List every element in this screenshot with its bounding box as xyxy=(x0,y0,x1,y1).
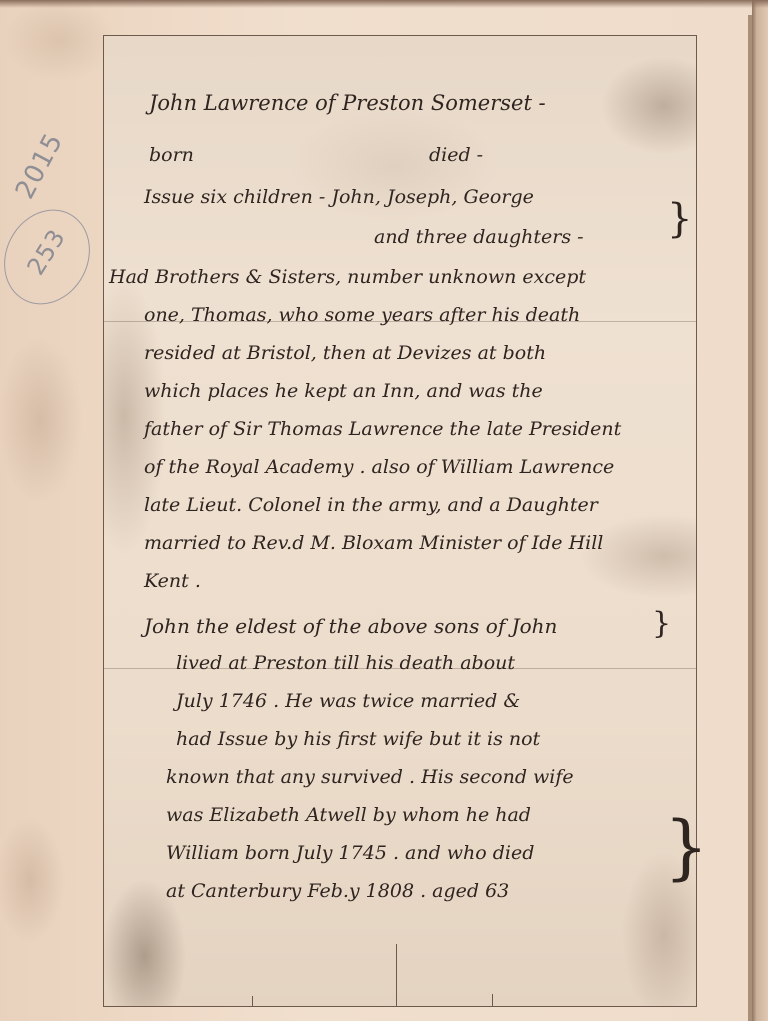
line-daughters: and three daughters - xyxy=(374,226,584,248)
line-william: William born July 1745 . and who died xyxy=(166,842,534,864)
line-married: married to Rev.d M. Bloxam Minister of I… xyxy=(144,532,603,554)
brace-john: } xyxy=(652,606,671,641)
pasted-manuscript-sheet: John Lawrence of Preston Somerset - born… xyxy=(103,35,697,1007)
edge-tear-mark xyxy=(252,996,253,1006)
line-second-wife: known that any survived . His second wif… xyxy=(166,766,574,788)
line-title: John Lawrence of Preston Somerset - xyxy=(149,91,546,115)
top-shadow xyxy=(0,0,768,8)
line-brothers: Had Brothers & Sisters, number unknown e… xyxy=(109,266,586,288)
line-colonel: late Lieut. Colonel in the army, and a D… xyxy=(144,494,598,516)
edge-tear-mark xyxy=(396,944,397,1006)
brace-william: } xyxy=(664,806,709,888)
line-canterbury: at Canterbury Feb.y 1808 . aged 63 xyxy=(166,880,509,902)
brace-children: } xyxy=(667,196,692,242)
line-died: died - xyxy=(429,144,483,166)
line-kent: Kent . xyxy=(144,570,201,592)
adjacent-page-edge xyxy=(752,0,768,1021)
line-inn: which places he kept an Inn, and was the xyxy=(144,380,543,402)
line-john-eldest: John the eldest of the above sons of Joh… xyxy=(144,614,557,638)
line-academy: of the Royal Academy . also of William L… xyxy=(144,456,614,478)
line-july-1746: July 1746 . He was twice married & xyxy=(176,690,520,712)
line-preston: lived at Preston till his death about xyxy=(176,652,515,674)
line-elizabeth: was Elizabeth Atwell by whom he had xyxy=(166,804,531,826)
edge-tear-mark xyxy=(492,994,493,1006)
manuscript-text: John Lawrence of Preston Somerset - born… xyxy=(104,36,696,1006)
line-bristol: resided at Bristol, then at Devizes at b… xyxy=(144,342,546,364)
line-issue: Issue six children - John, Joseph, Georg… xyxy=(144,186,534,208)
line-issue-first-wife: had Issue by his first wife but it is no… xyxy=(176,728,540,750)
line-father: father of Sir Thomas Lawrence the late P… xyxy=(144,418,621,440)
line-thomas: one, Thomas, who some years after his de… xyxy=(144,304,580,326)
line-born: born xyxy=(149,144,194,166)
